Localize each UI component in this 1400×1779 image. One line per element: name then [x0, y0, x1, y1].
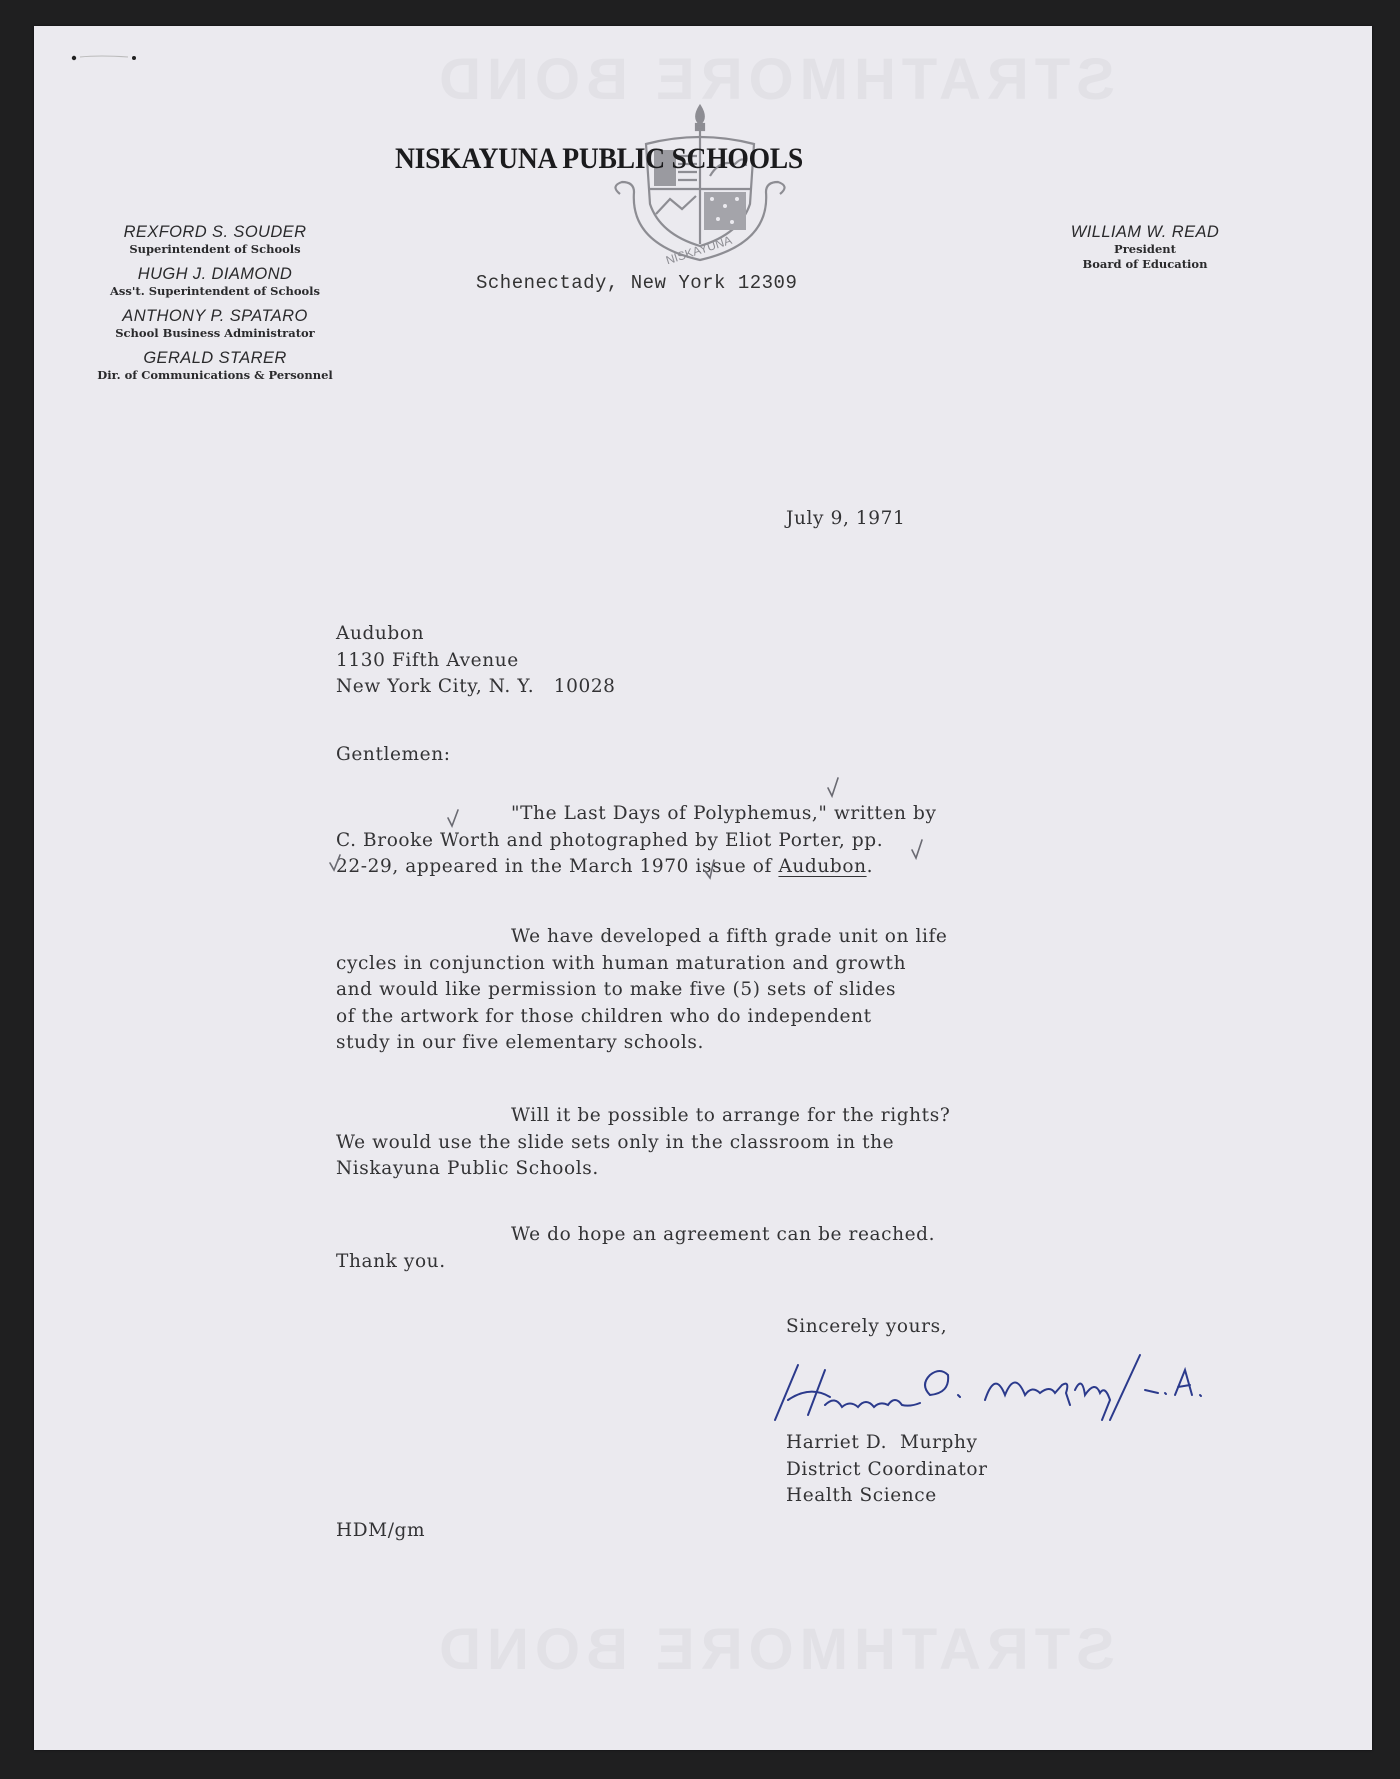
officer-title: Dir. of Communications & Personnel	[70, 368, 360, 383]
paragraph-line: and would like permission to make five (…	[336, 977, 947, 1004]
watermark-top: STRATHMORE BOND	[384, 46, 1164, 113]
organization-name: NISKAYUNA PUBLIC SCHOOLS	[395, 142, 803, 176]
period: .	[867, 856, 873, 877]
officers-right: WILLIAM W. READ President Board of Educa…	[1040, 222, 1250, 272]
paragraph-2: We have developed a fifth grade unit on …	[336, 924, 947, 1057]
paragraph-line: of the artwork for those children who do…	[336, 1004, 947, 1031]
organization-address: Schenectady, New York 12309	[476, 272, 797, 294]
publication-title: Audubon	[778, 856, 866, 877]
officer-name: HUGH J. DIAMOND	[70, 264, 360, 284]
signer-name: Harriet D. Murphy	[786, 1430, 988, 1457]
paragraph-line: C. Brooke Worth and photographed by Elio…	[336, 828, 937, 855]
recipient-address: Audubon1130 Fifth AvenueNew York City, N…	[336, 621, 616, 701]
officer-title: Ass't. Superintendent of Schools	[70, 284, 360, 299]
salutation: Gentlemen:	[336, 742, 451, 769]
paragraph-line: We do hope an agreement can be reached.	[511, 1224, 935, 1245]
board-name: Board of Education	[1040, 257, 1250, 272]
paragraph-line: We would use the slide sets only in the …	[336, 1130, 950, 1157]
watermark-bottom: STRATHMORE BOND	[384, 1616, 1164, 1683]
board-president-name: WILLIAM W. READ	[1040, 222, 1250, 242]
paragraph-line: cycles in conjunction with human maturat…	[336, 951, 947, 978]
officer-title: Superintendent of Schools	[70, 242, 360, 257]
paragraph-3: Will it be possible to arrange for the r…	[336, 1103, 950, 1183]
officers-left: REXFORD S. SOUDER Superintendent of Scho…	[70, 222, 360, 390]
signer-block: Harriet D. MurphyDistrict CoordinatorHea…	[786, 1430, 988, 1510]
paragraph-4: We do hope an agreement can be reached.T…	[336, 1222, 935, 1275]
reference-initials: HDM/gm	[336, 1518, 425, 1545]
paragraph-line: Thank you.	[336, 1249, 935, 1276]
letter-date: July 9, 1971	[786, 506, 905, 533]
board-president-title: President	[1040, 242, 1250, 257]
paragraph-line: Niskayuna Public Schools.	[336, 1156, 950, 1183]
officer-name: ANTHONY P. SPATARO	[70, 306, 360, 326]
officer-name: GERALD STARER	[70, 348, 360, 368]
signer-department: Health Science	[786, 1483, 988, 1510]
recipient-line: 1130 Fifth Avenue	[336, 648, 616, 675]
recipient-line: New York City, N. Y. 10028	[336, 674, 616, 701]
handwritten-signature-icon	[770, 1345, 1330, 1425]
closing: Sincerely yours,	[786, 1314, 947, 1341]
paragraph-1: "The Last Days of Polyphemus," written b…	[336, 801, 937, 881]
ink-mark-icon	[70, 54, 140, 62]
recipient-line: Audubon	[336, 621, 616, 648]
school-crest-icon: NISKAYUNA	[600, 104, 800, 264]
paragraph-line: Will it be possible to arrange for the r…	[511, 1105, 950, 1126]
signer-title: District Coordinator	[786, 1457, 988, 1484]
officer-title: School Business Administrator	[70, 326, 360, 341]
paragraph-line: study in our five elementary schools.	[336, 1030, 947, 1057]
paragraph-line: We have developed a fifth grade unit on …	[511, 926, 947, 947]
paragraph-line: "The Last Days of Polyphemus," written b…	[511, 803, 937, 824]
paragraph-line: 22-29, appeared in the March 1970 issue …	[336, 856, 778, 877]
officer-name: REXFORD S. SOUDER	[70, 222, 360, 242]
